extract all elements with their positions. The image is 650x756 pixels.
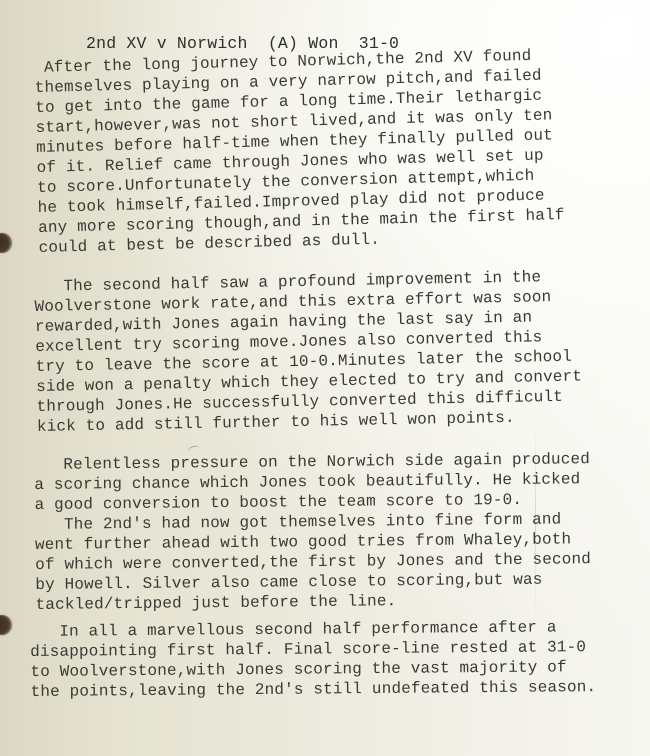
typewritten-page: 2nd XV v Norwich (A) Won 31-0 After the … [0,0,650,756]
paragraph-second-half-opening: The second half saw a profound improveme… [34,265,650,437]
paragraph-further-scoring: Relentless pressure on the Norwich side … [34,449,650,615]
text-line: the points,leaving the 2nd's still undef… [31,677,650,702]
punch-hole-icon [0,233,12,253]
paragraph-conclusion: In all a marvellous second half performa… [30,617,650,702]
paragraph-first-half: After the long journey to Norwich,the 2n… [34,43,650,258]
punch-hole-icon [0,615,12,635]
